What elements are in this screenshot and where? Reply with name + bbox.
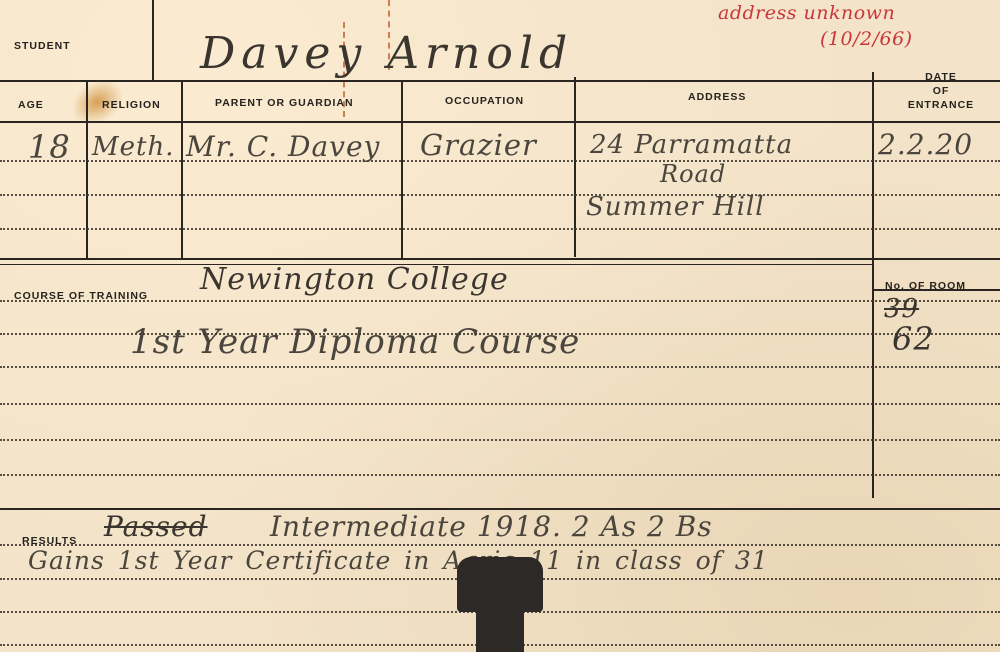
divider [86, 82, 88, 260]
dotted-line [0, 194, 1000, 196]
course-line1: Newington College [200, 262, 509, 297]
results-struck: Passed [104, 510, 208, 543]
address-header: ADDRESS [688, 91, 746, 103]
age-header: AGE [18, 99, 44, 111]
date-header-line: OF [886, 84, 996, 98]
address-line2: Road [660, 160, 726, 188]
results-line2: Gains 1st Year Certificate in Agric 11 i… [28, 546, 769, 575]
divider [0, 80, 1000, 82]
divider [872, 72, 874, 498]
room-value: 62 [892, 320, 935, 358]
date-header: DATE OF ENTRANCE [886, 70, 996, 112]
annotation-line2: (10/2/66) [820, 28, 913, 50]
dotted-line [0, 300, 1000, 302]
student-record-card: STUDENT Davey Arnold address unknown (10… [0, 0, 1000, 652]
date-header-line: DATE [886, 70, 996, 84]
date-value: 2.2.20 [878, 128, 973, 161]
divider [401, 80, 403, 258]
divider [0, 258, 1000, 260]
student-name: Davey Arnold [200, 28, 573, 79]
occupation-header: OCCUPATION [445, 95, 524, 107]
divider [574, 77, 576, 257]
divider [872, 289, 1000, 291]
divider [181, 80, 183, 260]
results-line1: Intermediate 1918. 2 As 2 Bs [270, 510, 713, 543]
dotted-line [0, 333, 1000, 335]
occupation-value: Grazier [420, 128, 537, 162]
dotted-line [0, 474, 1000, 476]
dotted-line [0, 544, 1000, 546]
dotted-line [0, 228, 1000, 230]
parent-header: PARENT OR GUARDIAN [215, 97, 354, 109]
address-line3: Summer Hill [586, 192, 765, 222]
religion-header: RELIGION [102, 99, 161, 111]
filing-tab-stem [476, 605, 524, 652]
filing-tab-cutout [457, 557, 543, 612]
date-header-line: ENTRANCE [886, 98, 996, 112]
religion-value: Meth. [92, 132, 174, 162]
divider [0, 121, 1000, 123]
student-label: STUDENT [14, 40, 71, 52]
parent-value: Mr. C. Davey [186, 130, 380, 163]
dotted-line [0, 439, 1000, 441]
course-line2: 1st Year Diploma Course [130, 322, 580, 362]
dotted-line [0, 366, 1000, 368]
dotted-line [0, 403, 1000, 405]
age-value: 18 [28, 128, 71, 166]
address-line1: 24 Parramatta [590, 130, 793, 160]
divider [152, 0, 154, 80]
annotation-line1: address unknown [718, 2, 895, 24]
